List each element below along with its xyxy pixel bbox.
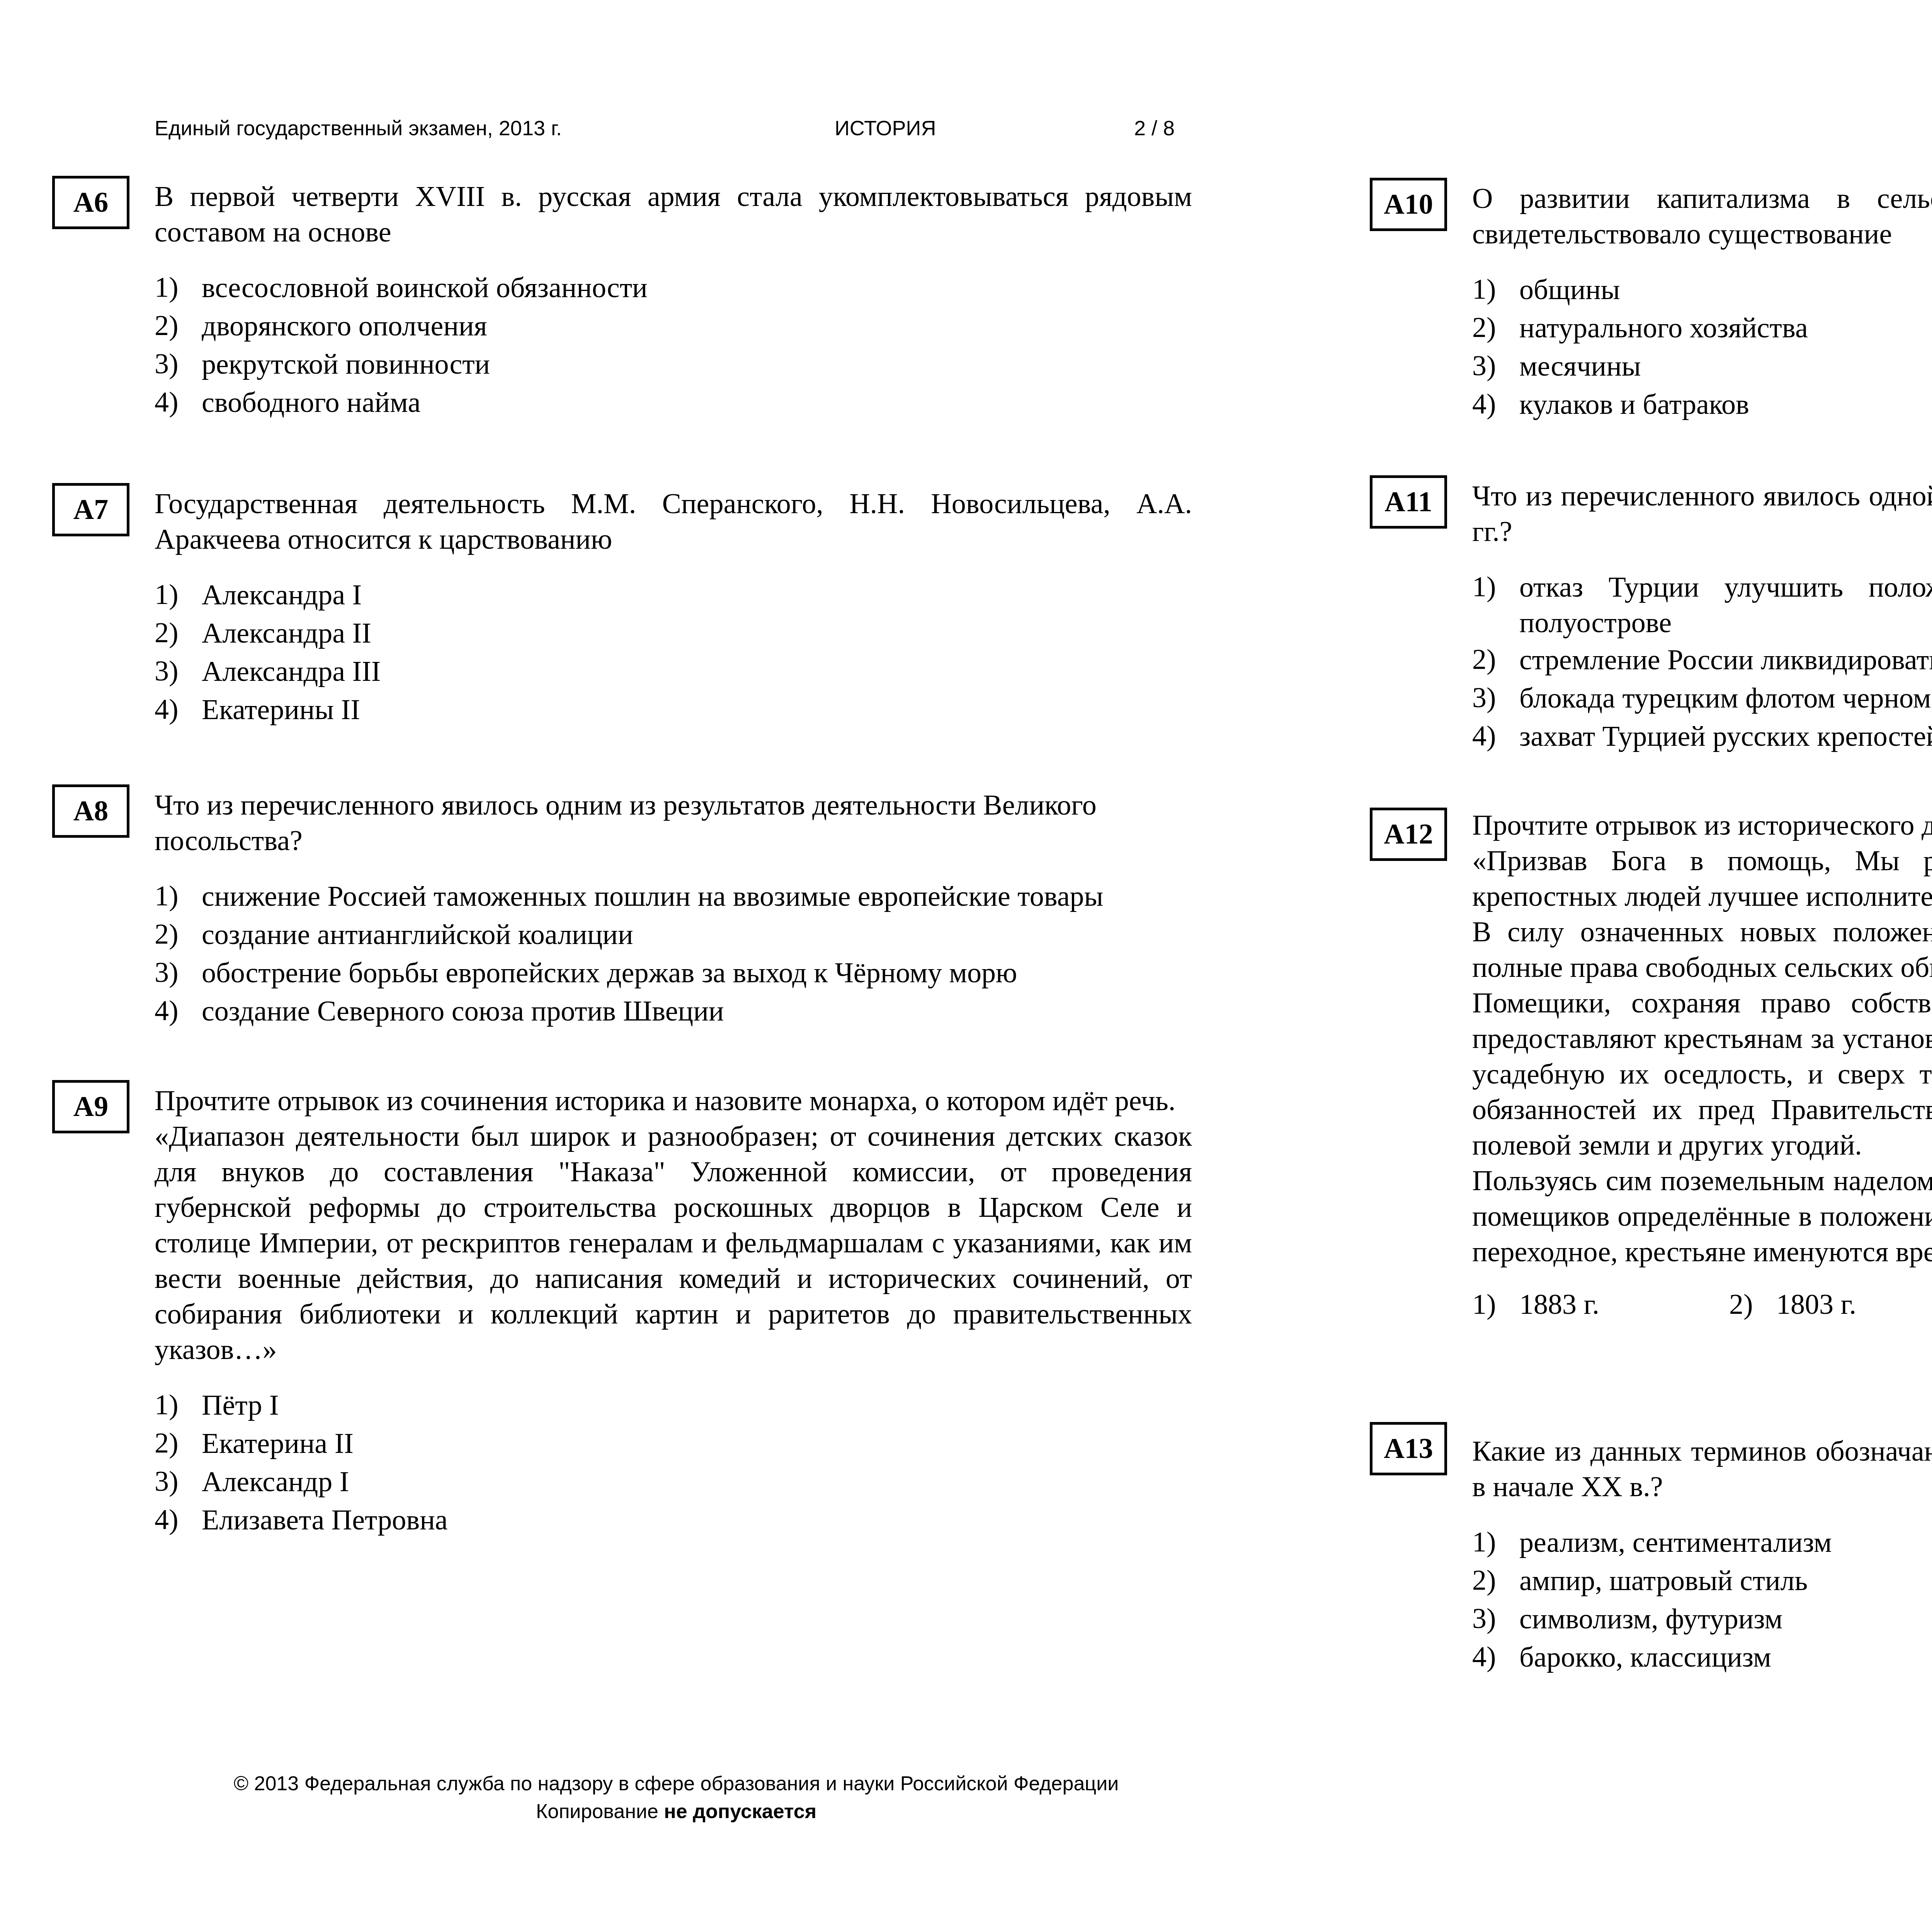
answer-options: 1)1883 г. 2)1803 г. 3)1842 г. 4)1861 г. [1472, 1287, 1932, 1322]
option-number: 3) [155, 345, 202, 383]
option-text: кулаков и батраков [1519, 385, 1932, 424]
answer-option[interactable]: 2)дворянского ополчения [155, 307, 1192, 345]
copy-restriction: Копирование не допускается [116, 1798, 1236, 1825]
answer-option[interactable]: 3)Александр I [155, 1463, 1192, 1501]
option-number: 2) [155, 915, 202, 954]
quote-text: «Диапазон деятельности был широк и разно… [155, 1119, 1192, 1368]
quote-paragraph: Пользуясь сим поземельным наделом, крест… [1472, 1163, 1932, 1270]
option-number: 3) [1472, 347, 1519, 385]
exam-title: Единый государственный экзамен, 2013 г. [155, 116, 562, 141]
answer-option[interactable]: 2)1803 г. [1729, 1287, 1932, 1322]
answer-option[interactable]: 2)стремление России ликвидировать нейтра… [1472, 641, 1932, 679]
task-label: A9 [52, 1080, 129, 1133]
answer-option[interactable]: 4)свободного найма [155, 383, 1192, 422]
option-text: снижение Россией таможенных пошлин на вв… [202, 877, 1192, 915]
option-number: 2) [1472, 641, 1519, 679]
option-text: дворянского ополчения [202, 307, 1192, 345]
answer-options: 1)снижение Россией таможенных пошлин на … [155, 877, 1192, 1030]
answer-option[interactable]: 3)Александра III [155, 652, 1192, 691]
option-number: 2) [1472, 1561, 1519, 1600]
quote-paragraph: Помещики, сохраняя право собственности н… [1472, 985, 1932, 1163]
answer-option[interactable]: 3)блокада турецким флотом черноморского … [1472, 679, 1932, 717]
task-label: A6 [52, 176, 129, 229]
task-body: О развитии капитализма в сельском хозяйс… [1472, 181, 1932, 424]
question-text: Прочтите отрывок из сочинения историка и… [155, 1083, 1192, 1119]
answer-options: 1)отказ Турции улучшить положение славян… [1472, 568, 1932, 755]
option-text: символизм, футуризм [1519, 1600, 1932, 1638]
answer-option[interactable]: 1)всесословной воинской обязанности [155, 269, 1192, 307]
answer-option[interactable]: 3)обострение борьбы европейских держав з… [155, 954, 1192, 992]
answer-option[interactable]: 3)рекрутской повинности [155, 345, 1192, 383]
option-text: Александра III [202, 652, 1192, 691]
task-label: A8 [52, 784, 129, 838]
answer-option[interactable]: 1)отказ Турции улучшить положение славян… [1472, 568, 1932, 641]
option-number: 4) [1472, 385, 1519, 424]
option-number: 4) [1472, 1638, 1519, 1676]
answer-option[interactable]: 2)создание антианглийской коалиции [155, 915, 1192, 954]
quote-paragraph: «Призвав Бога в помощь, Мы решились дать… [1472, 843, 1932, 914]
question-text: Что из перечисленного явилось одной из п… [1472, 478, 1932, 549]
option-number: 3) [155, 954, 202, 992]
option-number: 3) [1472, 679, 1519, 717]
option-text: свободного найма [202, 383, 1192, 422]
answer-option[interactable]: 4)Елизавета Петровна [155, 1501, 1192, 1539]
option-text: отказ Турции улучшить положение славянск… [1519, 568, 1932, 641]
answer-option[interactable]: 1)общины [1472, 270, 1932, 309]
task-label: A12 [1370, 808, 1447, 861]
option-text: общины [1519, 270, 1932, 309]
answer-option[interactable]: 2)Александра II [155, 614, 1192, 652]
option-number: 4) [1472, 717, 1519, 755]
question-text: Какие из данных терминов обозначают новы… [1472, 1434, 1932, 1505]
answer-options: 1)Пётр I 2)Екатерина II 3)Александр I 4)… [155, 1386, 1192, 1539]
answer-option[interactable]: 1)Пётр I [155, 1386, 1192, 1424]
option-number: 1) [155, 1386, 202, 1424]
option-text: рекрутской повинности [202, 345, 1192, 383]
option-number: 1) [1472, 1287, 1519, 1322]
question-text: Прочтите отрывок из исторического докуме… [1472, 808, 1932, 843]
question-text: Что из перечисленного явилось одним из р… [155, 788, 1192, 859]
task-label: A11 [1370, 475, 1447, 529]
option-number: 4) [155, 383, 202, 422]
task-body: Государственная деятельность М.М. Сперан… [155, 486, 1192, 729]
copy-restriction-prefix: Копирование [536, 1800, 664, 1823]
option-number: 4) [155, 691, 202, 729]
option-number: 2) [155, 307, 202, 345]
answer-option[interactable]: 1)снижение Россией таможенных пошлин на … [155, 877, 1192, 915]
option-number: 1) [155, 576, 202, 614]
page-number: 2 / 8 [1134, 116, 1175, 141]
page-footer: © 2013 Федеральная служба по надзору в с… [116, 1770, 1236, 1825]
answer-option[interactable]: 2)Екатерина II [155, 1424, 1192, 1463]
subject-title: ИСТОРИЯ [835, 116, 936, 141]
option-number: 2) [1729, 1287, 1776, 1322]
document-quote: «Призвав Бога в помощь, Мы решились дать… [1472, 843, 1932, 1270]
option-text: создание антианглийской коалиции [202, 915, 1192, 954]
option-number: 1) [1472, 1523, 1519, 1561]
answer-option[interactable]: 1)Александра I [155, 576, 1192, 614]
option-number: 1) [155, 877, 202, 915]
option-text: Пётр I [202, 1386, 1192, 1424]
option-text: блокада турецким флотом черноморского по… [1519, 679, 1932, 717]
option-text: 1883 г. [1519, 1287, 1599, 1322]
task-body: Что из перечисленного явилось одной из п… [1472, 478, 1932, 755]
answer-option[interactable]: 2)ампир, шатровый стиль [1472, 1561, 1932, 1600]
answer-option[interactable]: 2)натурального хозяйства [1472, 309, 1932, 347]
option-number: 4) [155, 1501, 202, 1539]
answer-options: 1)реализм, сентиментализм 2)ампир, шатро… [1472, 1523, 1932, 1676]
answer-option[interactable]: 3)символизм, футуризм [1472, 1600, 1932, 1638]
task-body: Прочтите отрывок из сочинения историка и… [155, 1083, 1192, 1539]
answer-options: 1)всесословной воинской обязанности 2)дв… [155, 269, 1192, 422]
option-text: натурального хозяйства [1519, 309, 1932, 347]
answer-option[interactable]: 1)реализм, сентиментализм [1472, 1523, 1932, 1561]
option-number: 3) [1472, 1600, 1519, 1638]
question-text: О развитии капитализма в сельском хозяйс… [1472, 181, 1932, 252]
task-label: A13 [1370, 1422, 1447, 1475]
option-text: 1803 г. [1776, 1287, 1856, 1322]
task-body: Что из перечисленного явилось одним из р… [155, 788, 1192, 1030]
answer-option[interactable]: 4)захват Турцией русских крепостей в Зак… [1472, 717, 1932, 755]
copyright-notice: © 2013 Федеральная служба по надзору в с… [116, 1770, 1236, 1798]
option-text: Александра I [202, 576, 1192, 614]
task-label: A10 [1370, 178, 1447, 231]
option-text: всесословной воинской обязанности [202, 269, 1192, 307]
quote-paragraph: В силу означенных новых положений крепос… [1472, 914, 1932, 985]
task-body: Какие из данных терминов обозначают новы… [1472, 1434, 1932, 1676]
option-number: 3) [155, 1463, 202, 1501]
option-text: Екатерины II [202, 691, 1192, 729]
task-label: A7 [52, 483, 129, 536]
option-text: барокко, классицизм [1519, 1638, 1932, 1676]
option-text: обострение борьбы европейских держав за … [202, 954, 1192, 992]
task-body: В первой четверти XVIII в. русская армия… [155, 179, 1192, 422]
task-body: Прочтите отрывок из исторического докуме… [1472, 808, 1932, 1322]
option-number: 2) [155, 614, 202, 652]
option-text: реализм, сентиментализм [1519, 1523, 1932, 1561]
option-number: 1) [1472, 270, 1519, 309]
answer-option[interactable]: 1)1883 г. [1472, 1287, 1729, 1322]
answer-option[interactable]: 4)Екатерины II [155, 691, 1192, 729]
option-text: захват Турцией русских крепостей в Закав… [1519, 717, 1932, 755]
option-number: 2) [155, 1424, 202, 1463]
copy-restriction-bold: не допускается [664, 1800, 816, 1823]
exam-page: Единый государственный экзамен, 2013 г. … [0, 0, 1932, 1917]
option-text: месячины [1519, 347, 1932, 385]
option-number: 2) [1472, 309, 1519, 347]
option-number: 3) [155, 652, 202, 691]
answer-option[interactable]: 4)кулаков и батраков [1472, 385, 1932, 424]
option-text: стремление России ликвидировать нейтраль… [1519, 641, 1932, 679]
answer-option[interactable]: 4)барокко, классицизм [1472, 1638, 1932, 1676]
option-text: Александра II [202, 614, 1192, 652]
answer-option[interactable]: 4)создание Северного союза против Швеции [155, 992, 1192, 1030]
option-text: создание Северного союза против Швеции [202, 992, 1192, 1030]
answer-option[interactable]: 3)месячины [1472, 347, 1932, 385]
option-number: 4) [155, 992, 202, 1030]
option-text: ампир, шатровый стиль [1519, 1561, 1932, 1600]
option-text: Александр I [202, 1463, 1192, 1501]
answer-options: 1)Александра I 2)Александра II 3)Алексан… [155, 576, 1192, 729]
option-number: 1) [1472, 568, 1519, 641]
option-number: 1) [155, 269, 202, 307]
question-text: Государственная деятельность М.М. Сперан… [155, 486, 1192, 557]
question-text: В первой четверти XVIII в. русская армия… [155, 179, 1192, 250]
option-text: Елизавета Петровна [202, 1501, 1192, 1539]
answer-options: 1)общины 2)натурального хозяйства 3)меся… [1472, 270, 1932, 424]
option-text: Екатерина II [202, 1424, 1192, 1463]
